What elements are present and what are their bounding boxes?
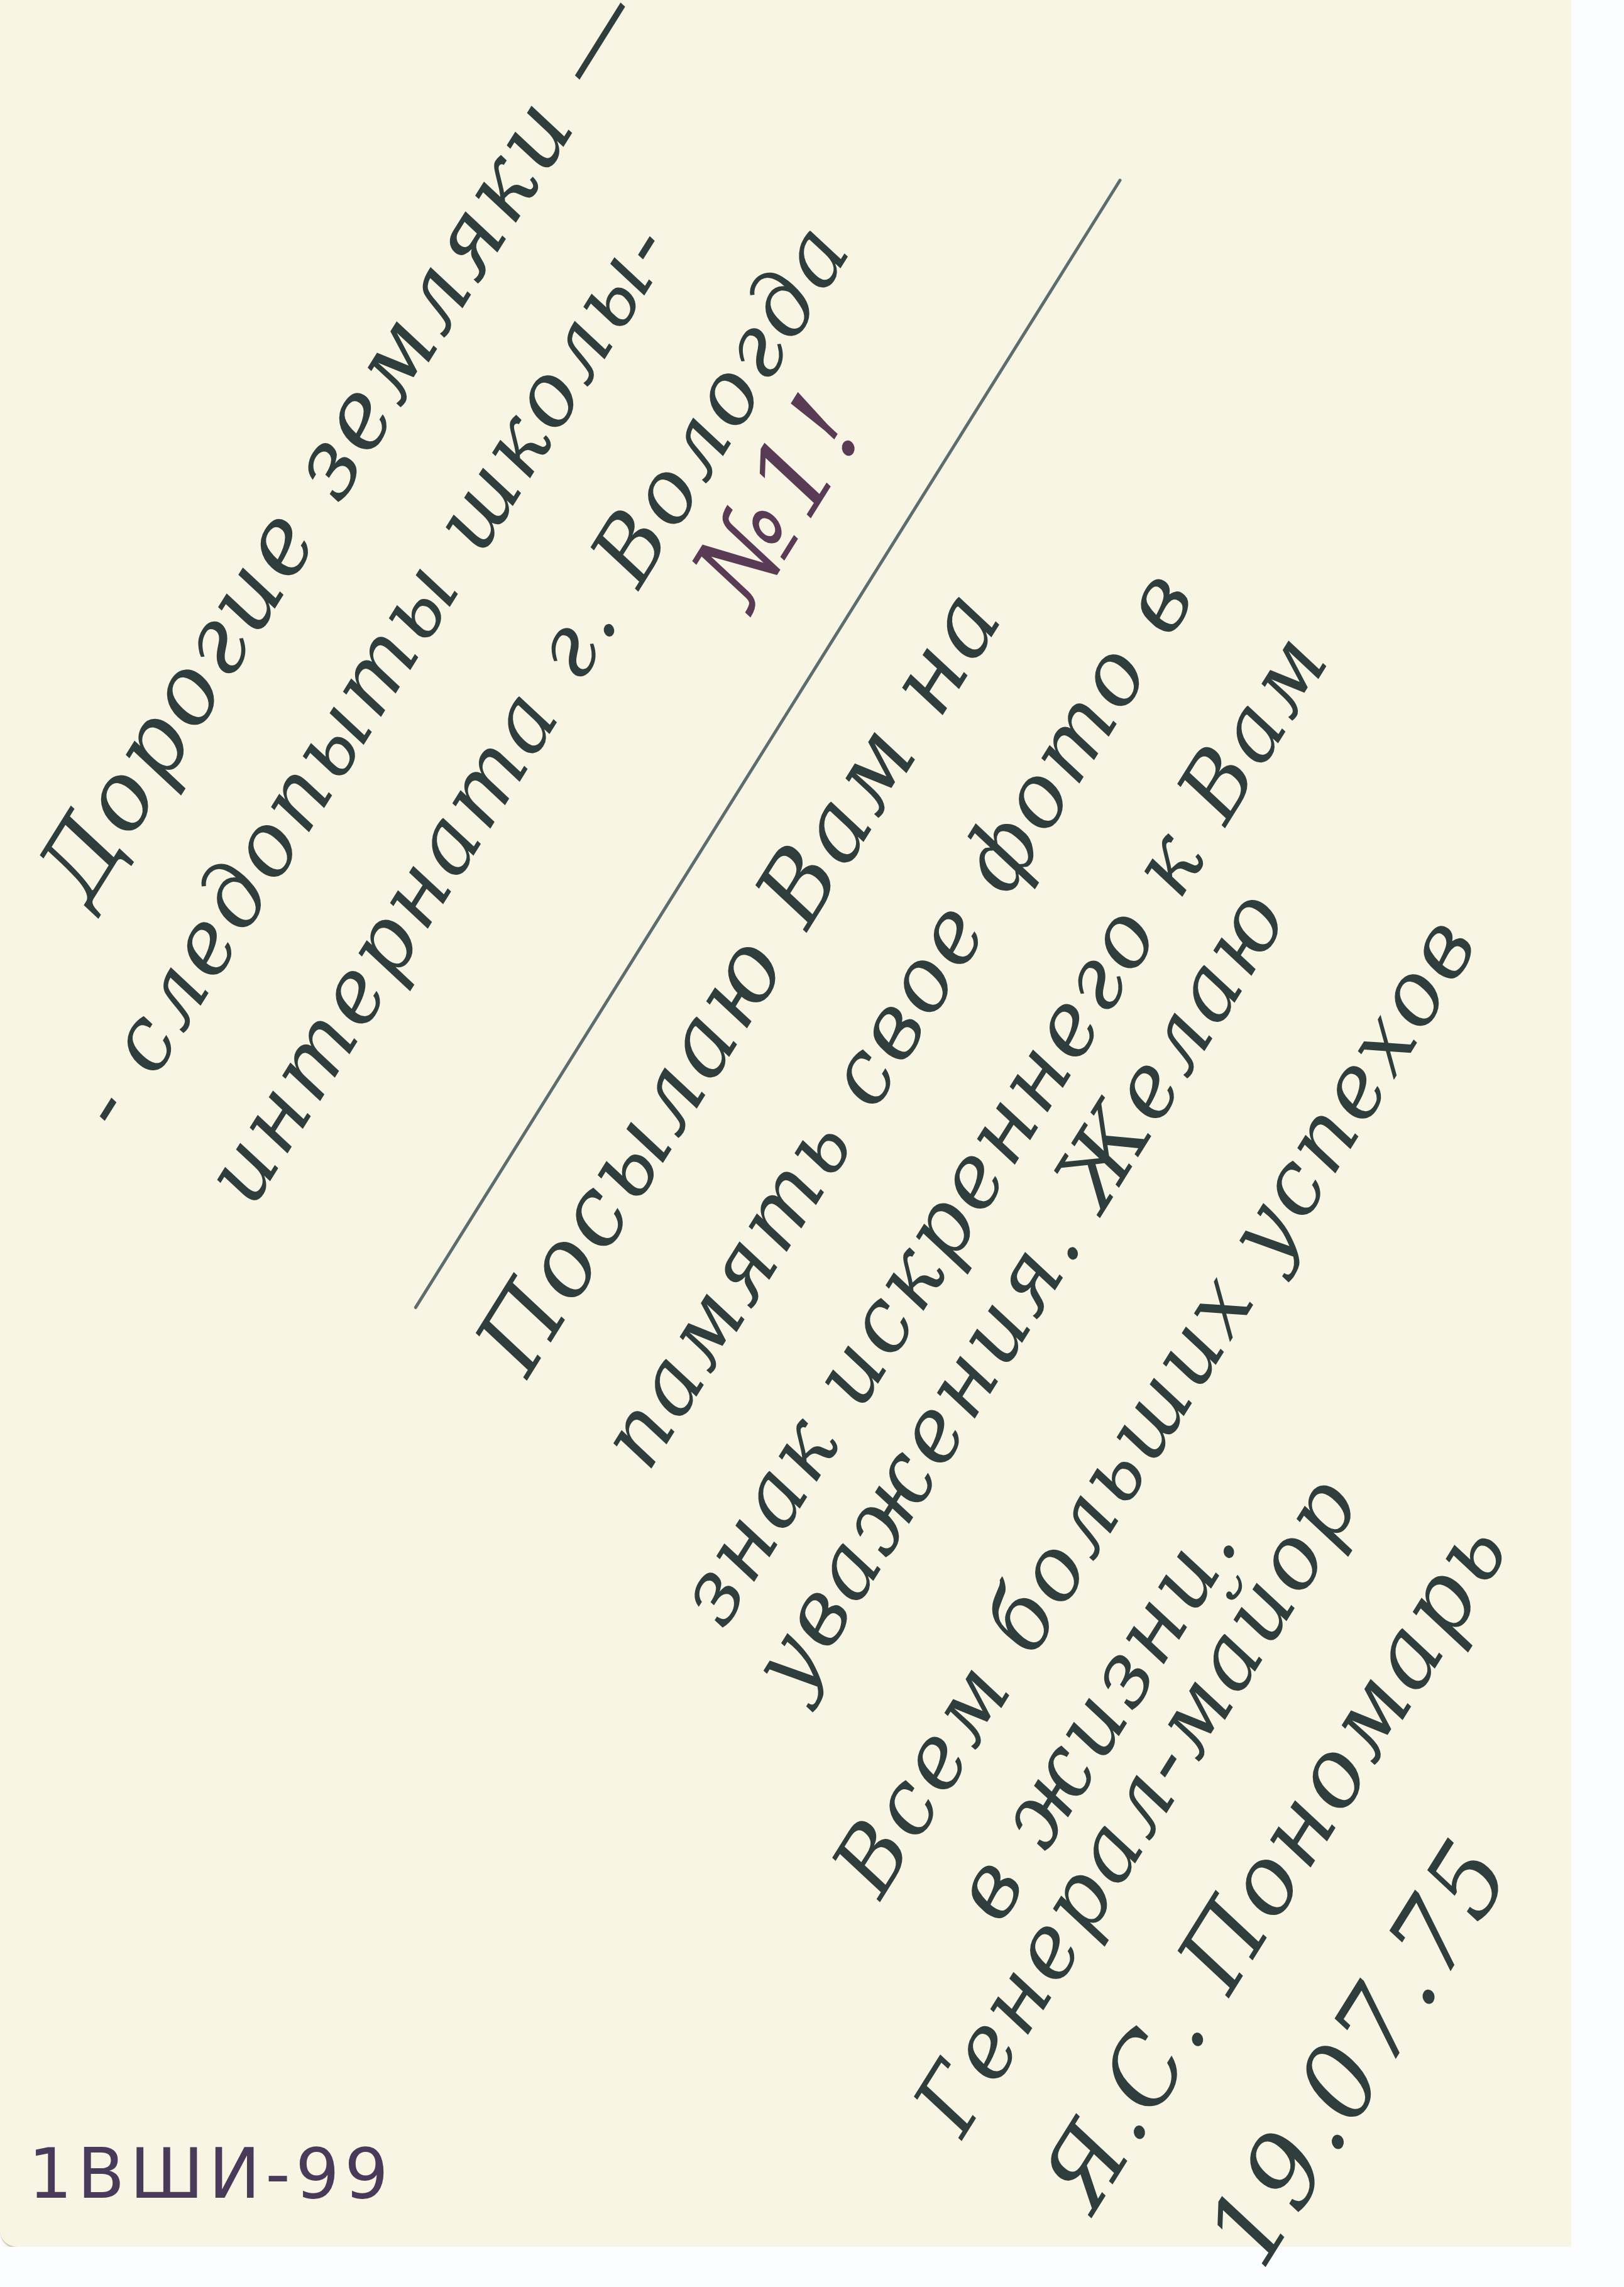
scan-margin-right xyxy=(1571,0,1624,2287)
archive-mark: 1ВШИ-99 xyxy=(28,2134,393,2214)
scan-margin-bottom xyxy=(0,2247,1624,2287)
